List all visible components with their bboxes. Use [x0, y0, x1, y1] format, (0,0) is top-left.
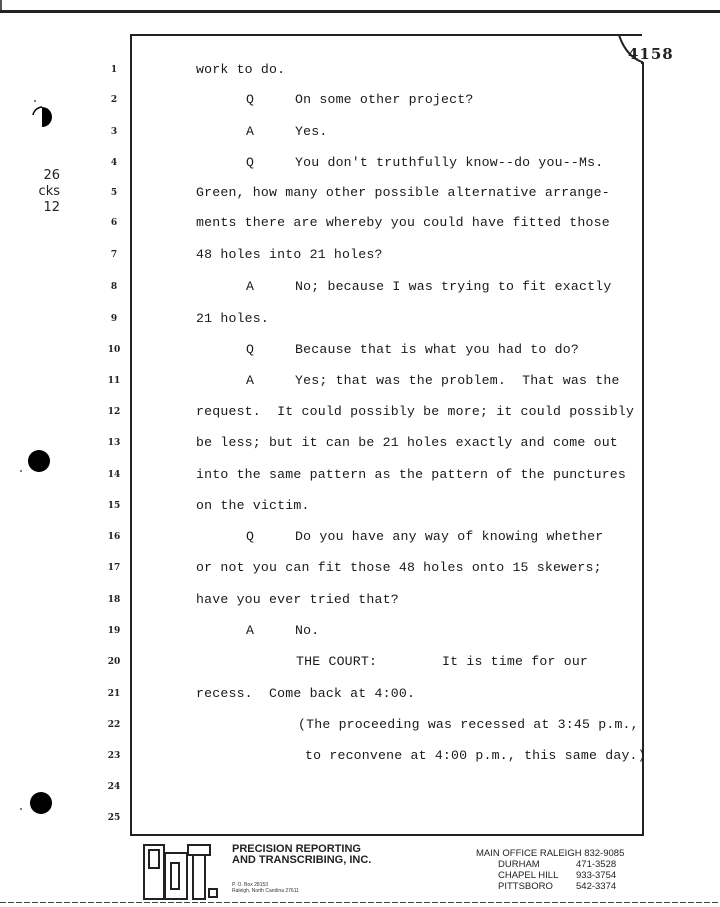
transcript-line-text: 48 holes into 21 holes?: [196, 247, 383, 262]
line-number: 6: [104, 218, 124, 228]
speaker-label: Q: [246, 342, 254, 357]
transcript-line-text: be less; but it can be 21 holes exactly …: [196, 435, 618, 450]
line-number: 16: [104, 532, 124, 542]
transcript-line-text: (The proceeding was recessed at 3:45 p.m…: [298, 717, 639, 732]
line-number: 23: [104, 751, 124, 761]
binder-hole: [30, 792, 52, 814]
company-address: P. O. Box 28153 Raleigh, North Carolina …: [232, 882, 299, 894]
transcript-line-text: or not you can fit those 48 holes onto 1…: [196, 560, 602, 575]
speaker-label: A: [246, 279, 254, 294]
line-number: 3: [104, 127, 124, 137]
line-number: 22: [104, 720, 124, 730]
line-number: 15: [104, 501, 124, 511]
bottom-rule: [0, 902, 720, 903]
transcript-line-text: Green, how many other possible alternati…: [196, 185, 610, 200]
transcript-line-text: have you ever tried that?: [196, 592, 399, 607]
transcript-frame-right: [642, 62, 644, 836]
transcript-line-text: It is time for our: [442, 654, 588, 669]
speaker-label: Q: [246, 529, 254, 544]
line-number: 11: [104, 376, 124, 386]
binder-hole-partial: [32, 106, 52, 128]
office-phone: 471-3528: [576, 859, 616, 870]
line-number: 1: [104, 65, 124, 75]
address: Raleigh, North Carolina 27611: [232, 888, 299, 894]
office-row: CHAPEL HILL933-3754: [498, 870, 624, 881]
transcript-line-text: Yes; that was the problem. That was the: [295, 373, 620, 388]
scan-speck: [20, 808, 22, 810]
margin-note-line: 26: [30, 168, 60, 184]
main-office: MAIN OFFICE RALEIGH 832-9085: [476, 848, 624, 859]
line-number: 4: [104, 158, 124, 168]
line-number: 24: [104, 782, 124, 792]
line-number: 17: [104, 563, 124, 573]
office-row: PITTSBORO542-3374: [498, 881, 624, 892]
office-phone: 933-3754: [576, 870, 616, 881]
line-number: 2: [104, 95, 124, 105]
line-number: 12: [104, 407, 124, 417]
speaker-label: A: [246, 124, 254, 139]
margin-note-line: 12: [30, 200, 60, 216]
line-number: 20: [104, 657, 124, 667]
binder-hole: [28, 450, 50, 472]
transcript-line-text: 21 holes.: [196, 311, 269, 326]
line-number: 7: [104, 250, 124, 260]
line-number: 8: [104, 282, 124, 292]
transcript-line-text: Because that is what you had to do?: [295, 342, 579, 357]
transcript-line-text: No; because I was trying to fit exactly: [295, 279, 611, 294]
line-number: 25: [104, 813, 124, 823]
speaker-label: THE COURT:: [296, 654, 377, 669]
line-number: 10: [104, 345, 124, 355]
speaker-label: A: [246, 373, 254, 388]
scan-speck: [34, 100, 36, 102]
transcript-line-text: ments there are whereby you could have f…: [196, 215, 610, 230]
office-row: DURHAM471-3528: [498, 859, 624, 870]
margin-note: 26 cks 12: [30, 168, 60, 216]
transcript-line-text: work to do.: [196, 62, 285, 77]
line-number: 13: [104, 438, 124, 448]
pt-logo: [143, 843, 219, 901]
office-city: CHAPEL HILL: [498, 870, 576, 881]
speaker-label: A: [246, 623, 254, 638]
speaker-label: Q: [246, 155, 254, 170]
company-line-2: AND TRANSCRIBING, INC.: [232, 855, 371, 866]
line-number: 14: [104, 470, 124, 480]
transcript-line-text: No.: [295, 623, 319, 638]
page-stamp: 4158: [628, 45, 674, 63]
transcript-line-text: on the victim.: [196, 498, 310, 513]
office-list: MAIN OFFICE RALEIGH 832-9085 DURHAM471-3…: [476, 848, 624, 892]
speaker-label: Q: [246, 92, 254, 107]
transcript-line-text: You don't truthfully know--do you--Ms.: [295, 155, 603, 170]
office-phone: 542-3374: [576, 881, 616, 892]
line-number: 21: [104, 689, 124, 699]
scan-speck: [20, 470, 22, 472]
transcript-line-text: into the same pattern as the pattern of …: [196, 467, 626, 482]
margin-note-line: cks: [30, 184, 60, 200]
transcript-line-text: Do you have any way of knowing whether: [295, 529, 603, 544]
company-name: PRECISION REPORTING AND TRANSCRIBING, IN…: [232, 844, 371, 866]
office-city: DURHAM: [498, 859, 576, 870]
transcript-line-text: On some other project?: [295, 92, 474, 107]
line-number: 9: [104, 314, 124, 324]
transcript-line-text: Yes.: [295, 124, 327, 139]
transcript-line-text: request. It could possibly be more; it c…: [196, 404, 634, 419]
line-number: 19: [104, 626, 124, 636]
transcript-line-text: recess. Come back at 4:00.: [196, 686, 415, 701]
office-city: PITTSBORO: [498, 881, 576, 892]
line-number: 5: [104, 188, 124, 198]
line-number: 18: [104, 595, 124, 605]
top-rule: [0, 10, 720, 13]
transcript-line-text: to reconvene at 4:00 p.m., this same day…: [305, 748, 646, 763]
